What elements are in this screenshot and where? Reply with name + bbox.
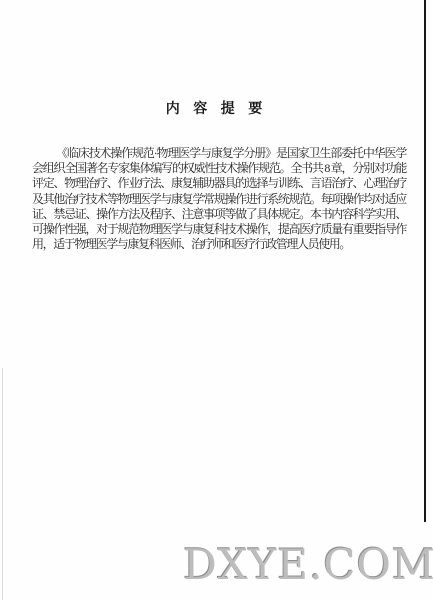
book-page: 内 容 提 要 《临床技术操作规范·物理医学与康复学分册》是国家卫生部委托中华医… bbox=[0, 0, 433, 600]
left-edge-scan-line bbox=[2, 368, 3, 600]
summary-paragraph: 《临床技术操作规范·物理医学与康复学分册》是国家卫生部委托中华医学会组织全国著名… bbox=[32, 146, 406, 252]
right-edge-scan-line bbox=[424, 0, 426, 522]
watermark-text: DXYE.COM bbox=[183, 544, 433, 586]
page-title: 内 容 提 要 bbox=[0, 98, 433, 118]
